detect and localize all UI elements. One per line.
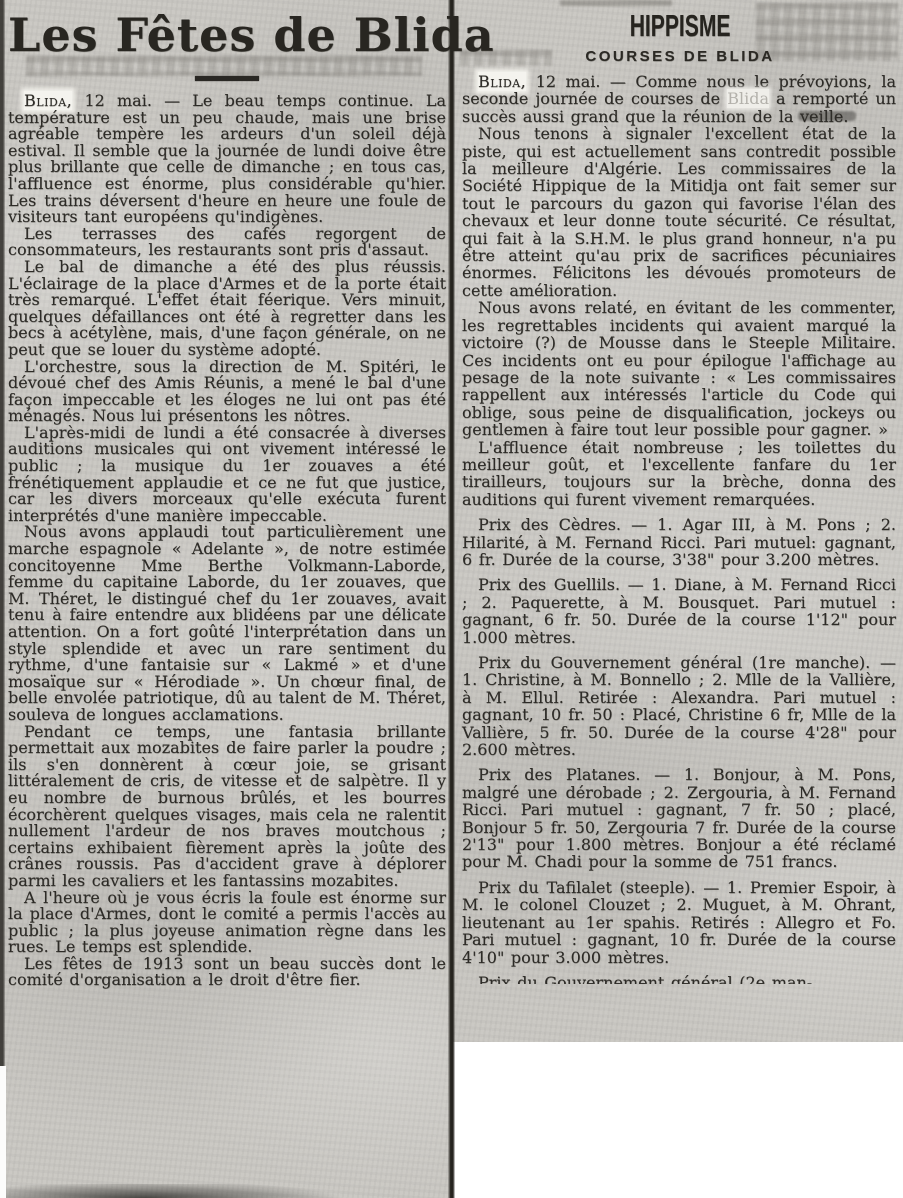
newspaper-scan-page: Les Fêtes de Blida Blida, 12 mai. — Le b… [0,0,903,1198]
article-body: Blida, 12 mai. — Le beau temps continue.… [8,93,446,989]
blida-highlight-faded: Blida [727,89,769,108]
cut-off-line-container: Prix du Gouvernement général (2e man- [462,974,898,984]
scan-edge-white-strip [0,1066,6,1198]
paragraph: Le bal de dimanche a été des plus réussi… [8,259,446,359]
article-body: Blida, 12 mai. — Comme nous le prévoyion… [462,73,898,984]
paragraph: Nous tenons à signaler l'excellent état … [462,125,896,299]
left-edge-rule [0,0,5,1066]
paragraph: Pendant ce temps, une fantasia brillante… [8,724,446,890]
headline-separator-rule [195,76,259,81]
dateline-text: 12 mai. — Le beau temps continue. La tem… [8,91,446,226]
section-title: HIPPISME [462,8,898,44]
article-fetes-de-blida: Les Fêtes de Blida Blida, 12 mai. — Le b… [8,10,446,989]
race-result-paragraph: Prix des Cèdres. — 1. Agar III, à M. Pon… [462,516,896,568]
paragraph: L'orchestre, sous la direction de M. Spi… [8,359,446,425]
paragraph: Nous avons relaté, en évitant de les com… [462,299,896,438]
race-result-paragraph: Prix des Platanes. — 1. Bonjour, à M. Po… [462,766,896,870]
paragraph: Nous avons applaudi tout particulièremen… [8,524,446,723]
article-hippisme: HIPPISME COURSES DE BLIDA Blida, 12 mai.… [462,8,898,984]
race-result-paragraph: Prix du Tafilalet (steeple). — 1. Premie… [462,879,896,966]
scan-bottom-shadow [6,1184,406,1198]
paragraph: Les fêtes de 1913 sont un beau succès do… [8,956,446,989]
section-title-text: HIPPISME [630,8,731,44]
dateline-paragraph: Blida, 12 mai. — Le beau temps continue.… [8,93,446,226]
paragraph: A l'heure où je vous écris la foule est … [8,890,446,956]
paragraph: L'affluence était nombreuse ; les toilet… [462,439,896,509]
cut-off-line: Prix du Gouvernement général (2e man- [462,974,896,984]
column-divider-rule [448,0,455,1198]
paragraph: Les terrasses des cafés regorgent de con… [8,226,446,259]
race-result-paragraph: Prix des Guellils. — 1. Diane, à M. Fern… [462,576,896,646]
article-headline: Les Fêtes de Blida [8,10,446,60]
dateline-paragraph: Blida, 12 mai. — Comme nous le prévoyion… [462,73,896,125]
paragraph: L'après-midi de lundi a été consacrée à … [8,425,446,525]
article-subtitle: COURSES DE BLIDA [462,48,898,65]
race-result-paragraph: Prix du Gouvernement général (1re manche… [462,654,896,758]
